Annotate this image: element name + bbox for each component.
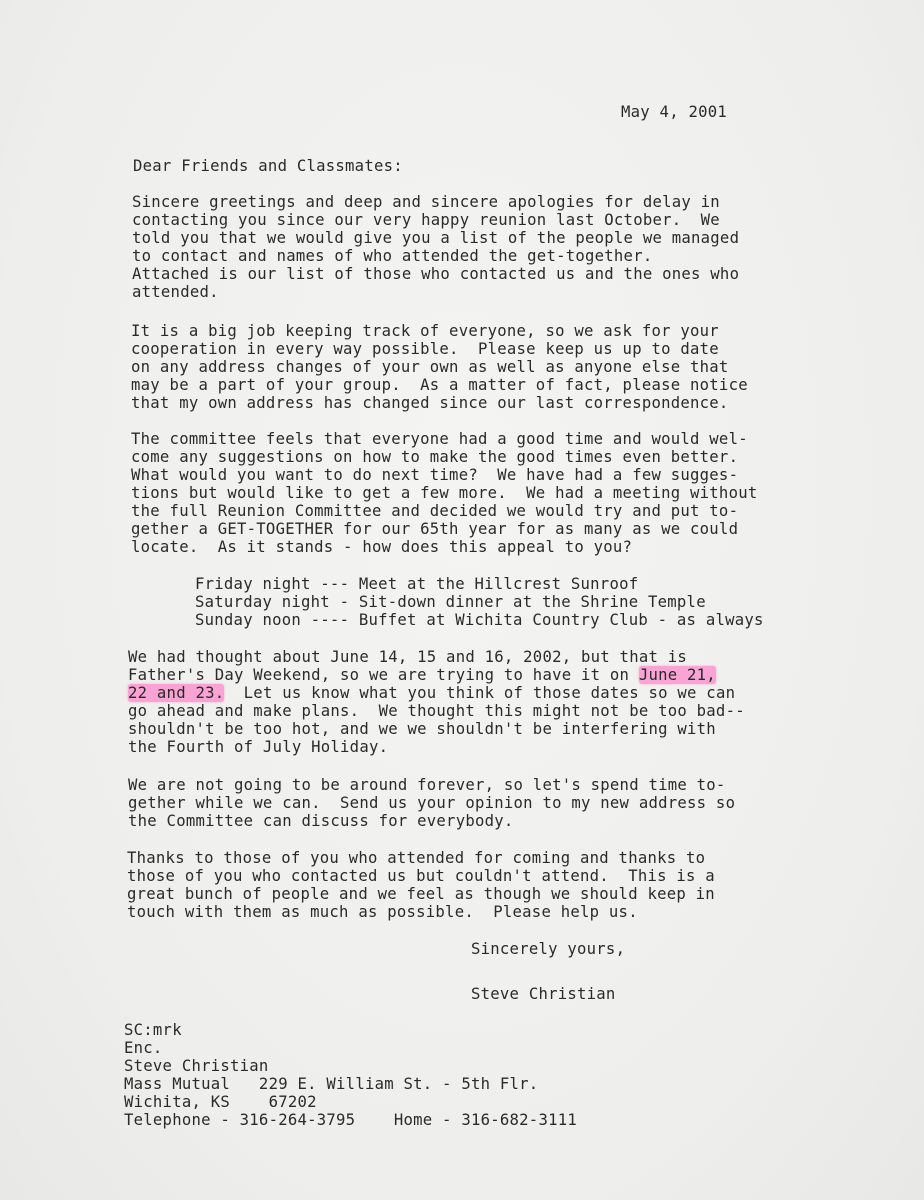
text-line: great bunch of people and we feel as tho… <box>127 885 715 903</box>
address-line: Telephone - 316-264-3795 Home - 316-682-… <box>124 1111 577 1129</box>
text-line: 22 and 23. Let us know what you think of… <box>128 684 735 702</box>
text-line: to contact and names of who attended the… <box>132 247 652 265</box>
text-line: It is a big job keeping track of everyon… <box>131 322 719 340</box>
highlighted-dates: 22 and 23. <box>128 684 224 702</box>
salutation: Dear Friends and Classmates: <box>133 157 403 175</box>
text-line: those of you who contacted us but couldn… <box>127 867 715 885</box>
text-line: locate. As it stands - how does this app… <box>131 538 632 556</box>
enclosure-note: Enc. <box>124 1039 163 1057</box>
text-line: What would you want to do next time? We … <box>131 466 738 484</box>
text-line: We are not going to be around forever, s… <box>128 776 726 794</box>
address-line: Wichita, KS 67202 <box>124 1093 317 1111</box>
text-line: that my own address has changed since ou… <box>131 394 729 412</box>
schedule-item: Saturday night - Sit-down dinner at the … <box>195 593 706 611</box>
text-segment: Let us know what you think of those date… <box>224 684 735 702</box>
schedule-item: Friday night --- Meet at the Hillcrest S… <box>195 575 638 593</box>
text-line: the full Reunion Committee and decided w… <box>131 502 738 520</box>
address-line: Mass Mutual 229 E. William St. - 5th Flr… <box>124 1075 538 1093</box>
text-line: may be a part of your group. As a matter… <box>131 376 748 394</box>
address-line: Steve Christian <box>124 1057 269 1075</box>
text-segment: Father's Day Weekend, so we are trying t… <box>128 666 639 684</box>
letter-page: May 4, 2001 Dear Friends and Classmates:… <box>0 0 924 1200</box>
text-line: on any address changes of your own as we… <box>131 358 729 376</box>
text-line: We had thought about June 14, 15 and 16,… <box>128 648 687 666</box>
text-line: Thanks to those of you who attended for … <box>127 849 705 867</box>
text-line: Father's Day Weekend, so we are trying t… <box>128 666 716 684</box>
text-line: cooperation in every way possible. Pleas… <box>131 340 719 358</box>
text-line: gether while we can. Send us your opinio… <box>128 794 735 812</box>
text-line: Attached is our list of those who contac… <box>132 265 739 283</box>
text-line: told you that we would give you a list o… <box>132 229 739 247</box>
text-line: attended. <box>132 283 219 301</box>
text-line: go ahead and make plans. We thought this… <box>128 702 745 720</box>
text-line: The committee feels that everyone had a … <box>131 430 748 448</box>
text-line: tions but would like to get a few more. … <box>131 484 758 502</box>
text-line: gether a GET-TOGETHER for our 65th year … <box>131 520 738 538</box>
highlighted-dates: June 21, <box>639 666 716 684</box>
text-line: Sincere greetings and deep and sincere a… <box>132 193 720 211</box>
text-line: contacting you since our very happy reun… <box>132 211 720 229</box>
text-line: touch with them as much as possible. Ple… <box>127 903 638 921</box>
reference-initials: SC:mrk <box>124 1021 182 1039</box>
signature: Steve Christian <box>471 985 616 1003</box>
schedule-item: Sunday noon ---- Buffet at Wichita Count… <box>195 611 764 629</box>
letter-date: May 4, 2001 <box>621 103 727 121</box>
closing: Sincerely yours, <box>471 940 625 958</box>
text-line: the Committee can discuss for everybody. <box>128 812 514 830</box>
text-line: come any suggestions on how to make the … <box>131 448 738 466</box>
text-line: the Fourth of July Holiday. <box>128 738 388 756</box>
text-line: shouldn't be too hot, and we we shouldn'… <box>128 720 716 738</box>
